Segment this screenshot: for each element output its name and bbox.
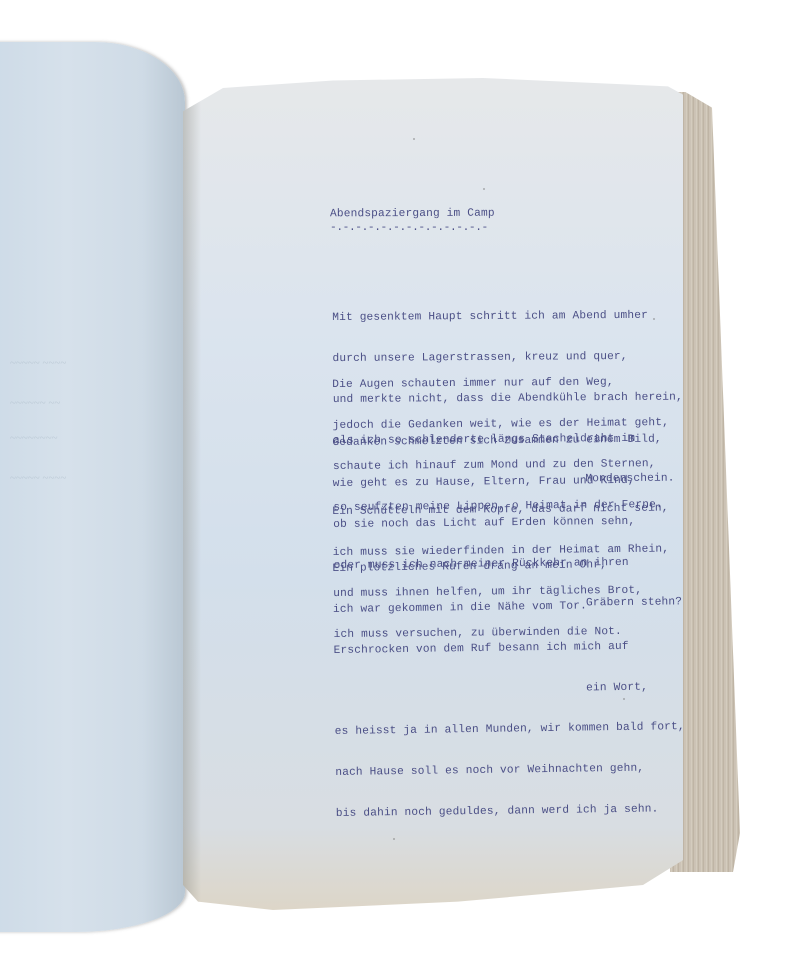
paper-speck [413,138,415,140]
right-page: Abendspaziergang im Camp -.-.-.-.-.-.-.-… [183,78,683,910]
poem-line: ein Wort, [334,681,684,699]
poem-line: Ein plötzliches Rufen drang an mein Ohr, [332,558,682,576]
paper-speck [393,838,395,840]
show-through-text: ~~~~~~~~ [10,432,58,444]
paper-speck [623,698,625,700]
stanza-5: Ein plötzliches Rufen drang an mein Ohr,… [332,531,686,849]
poem-line: Ein Schütteln mit dem Kopfe, das darf ni… [332,503,668,520]
poem-line: nach Hause soll es noch vor Weihnachten … [335,762,685,780]
poem-line: Erschrocken von dem Ruf besann ich mich … [334,640,684,658]
title-underline: -.-.-.-.-.-.-.-.-.-.-.-.- [330,222,488,236]
show-through-text: ~~~~~ ~~~~ [10,472,66,484]
open-book: ~~~~~ ~~~~ ~~~~~~ ~~ ~~~~~~~~ ~~~~~ ~~~~… [0,0,800,964]
poem-line: es heisst ja in allen Munden, wir kommen… [335,721,685,739]
paper-speck [653,318,655,320]
poem-line: Gedanken schmelzten sich zusammen zu ein… [332,434,680,451]
poem-line: bis dahin noch geduldes, dann werd ich j… [336,803,686,821]
poem-title: Abendspaziergang im Camp [330,208,495,222]
gutter-shadow [183,78,201,910]
show-through-text: ~~~~~~ ~~ [10,397,60,409]
left-page: ~~~~~ ~~~~ ~~~~~~ ~~ ~~~~~~~~ ~~~~~ ~~~~ [0,42,185,932]
poem-line: ich war gekommen in die Nähe vom Tor. [333,599,683,617]
paper-speck [483,188,485,190]
show-through-text: ~~~~~ ~~~~ [10,357,66,369]
poem-line: Mit gesenktem Haupt schritt ich am Abend… [332,310,682,326]
poem-line: Die Augen schauten immer nur auf den Weg… [332,376,668,393]
